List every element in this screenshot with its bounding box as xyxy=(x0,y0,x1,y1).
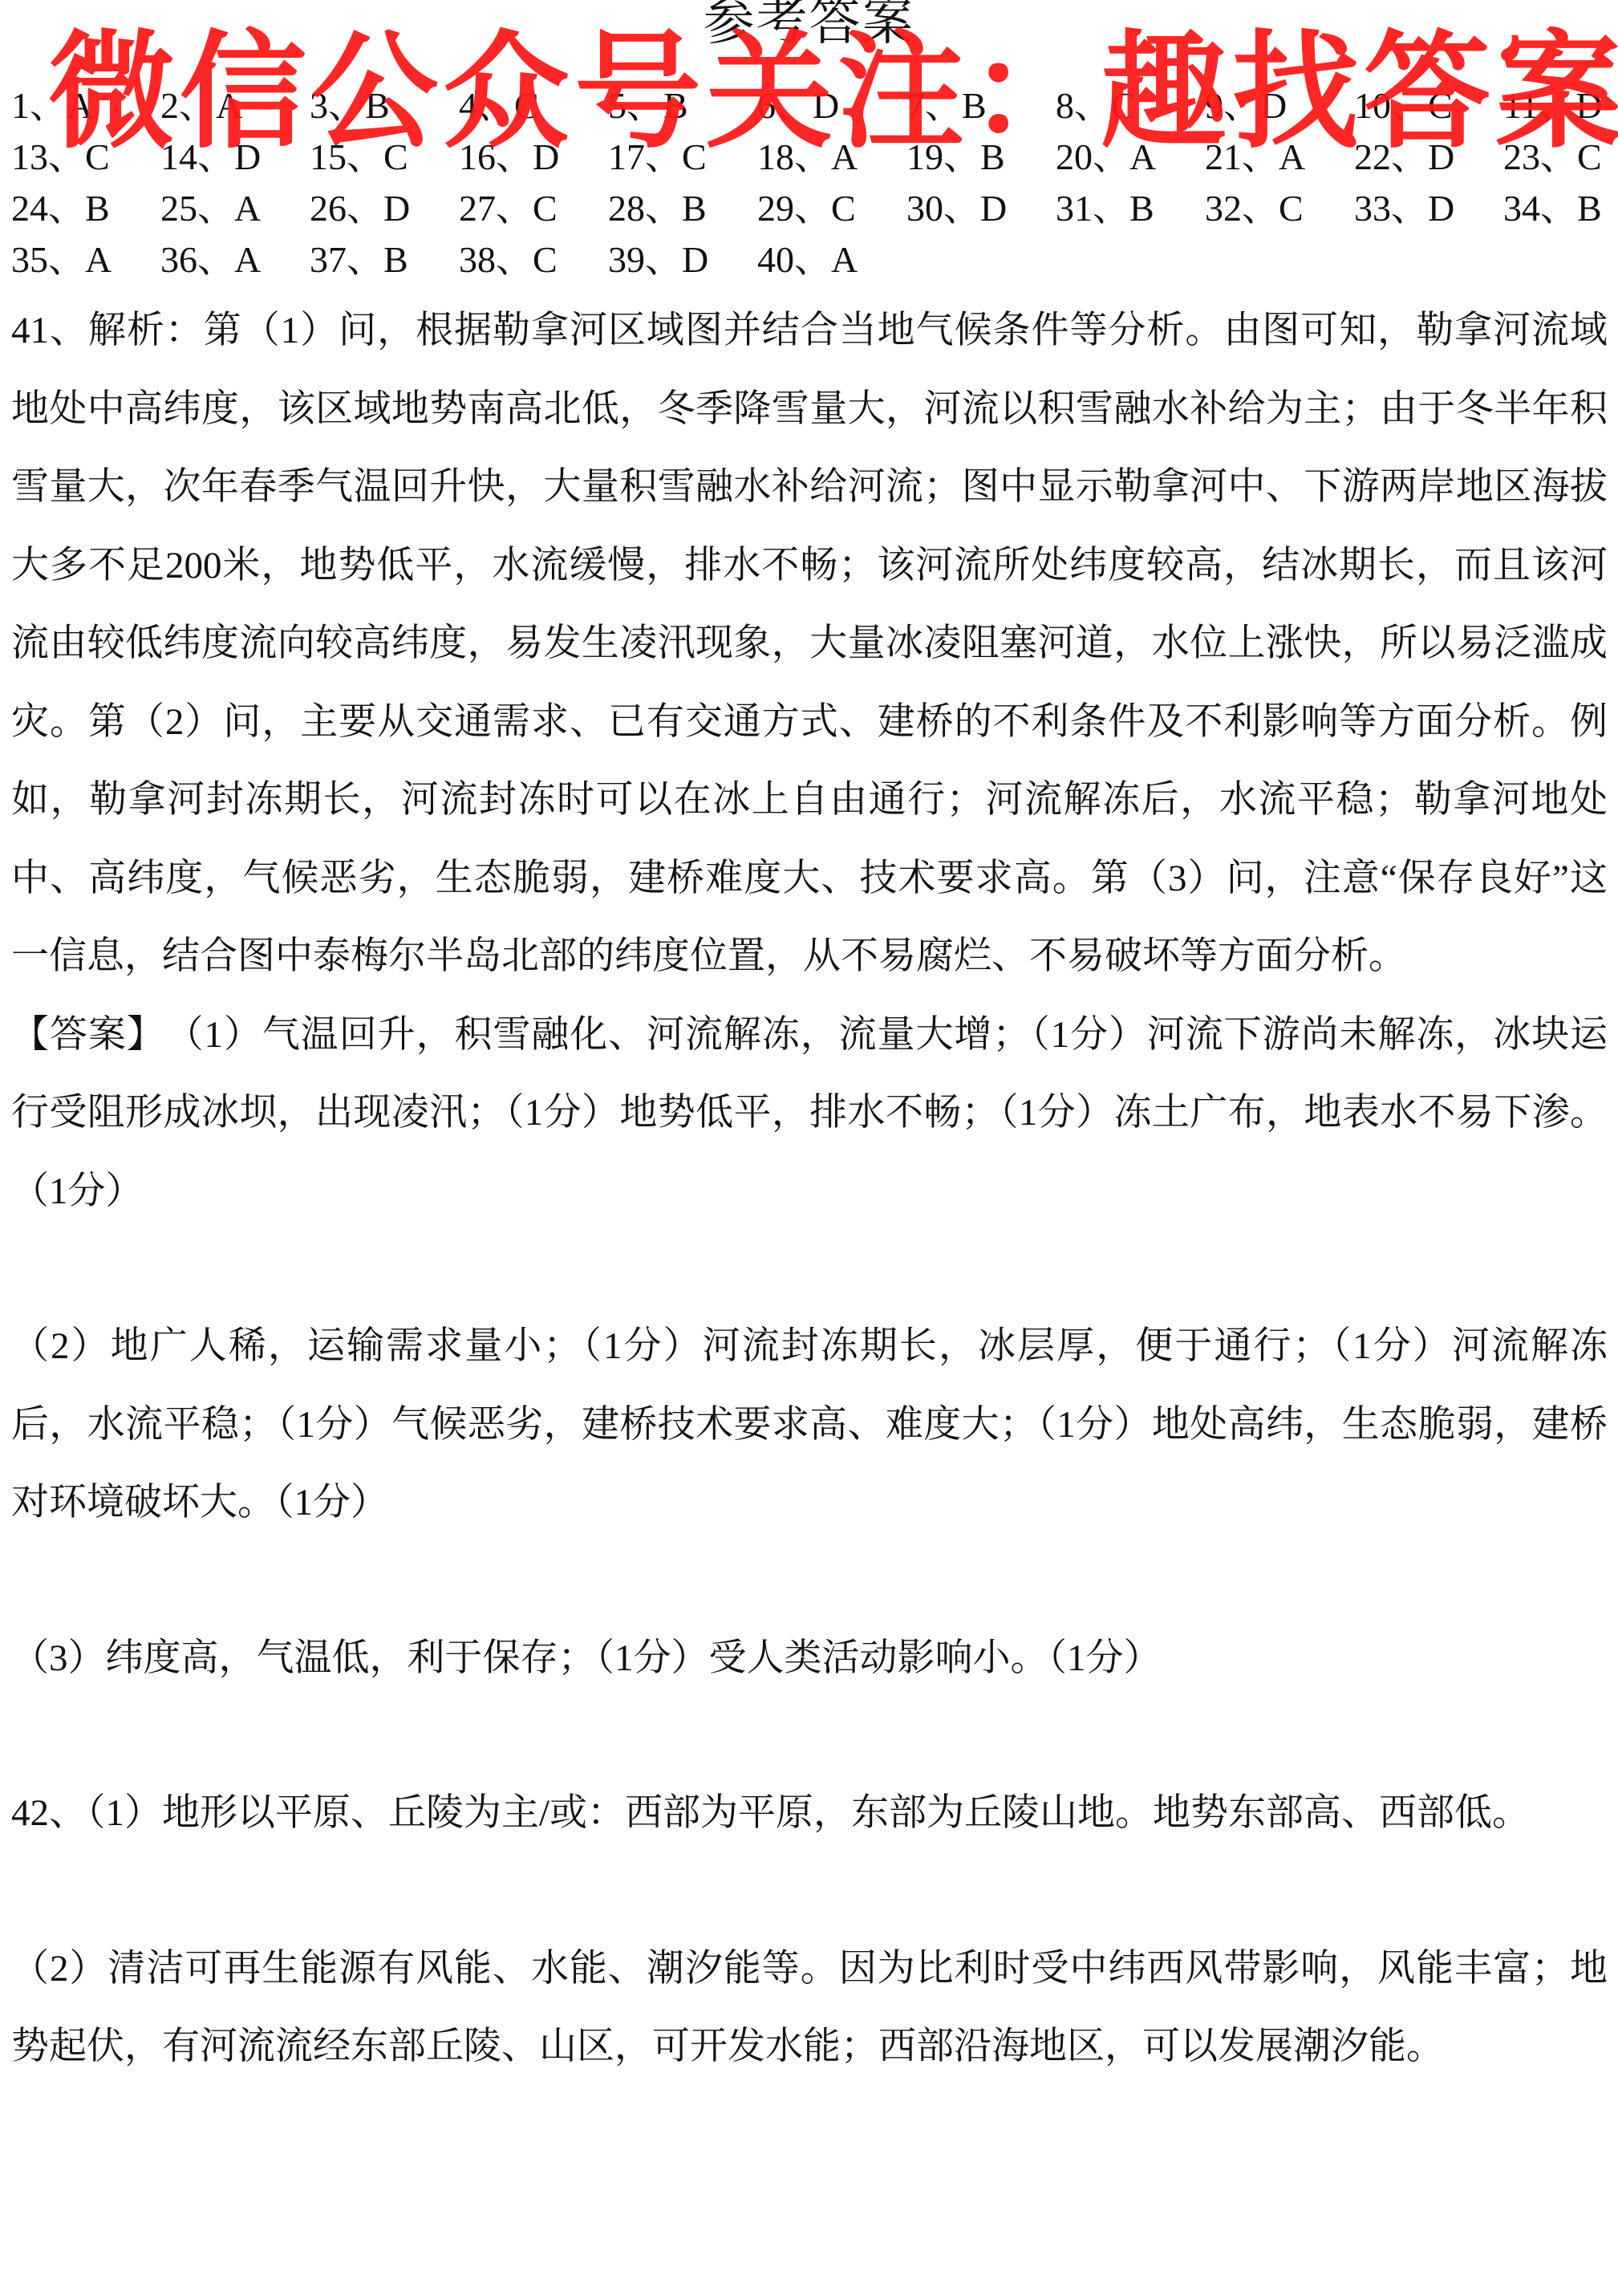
free-response-answers: 41、解析：第（1）问，根据勒拿河区域图并结合当地气候条件等分析。由图可知，勒拿… xyxy=(11,292,1608,2087)
spacer xyxy=(11,1853,1608,1930)
answer-item: 29、C xyxy=(757,183,906,234)
q41-answer-1-text: （1）气温回升，积雪融化、河流解冻，流量大增；（1分）河流下游尚未解冻，冰块运行… xyxy=(11,1014,1608,1212)
answer-item: 30、D xyxy=(906,183,1056,234)
answer-item: 35、A xyxy=(11,234,160,286)
q41-answer-1: 【答案】 （1）气温回升，积雪融化、河流解冻，流量大增；（1分）河流下游尚未解冻… xyxy=(11,996,1608,1231)
answer-item: 27、C xyxy=(459,183,608,234)
answer-item: 17、C xyxy=(608,132,757,183)
spacer xyxy=(11,1698,1608,1775)
answer-tag: 【答案】 xyxy=(11,1014,146,1056)
answer-item: 1、A xyxy=(11,80,160,132)
document-title: 参考答案 xyxy=(0,0,1618,55)
answer-item: 25、A xyxy=(160,183,310,234)
multiple-choice-answer-key: 1、A 2、A 3、B 4、C 5、B 6、D 7、B 8、C 9、D 10、C… xyxy=(11,80,1616,286)
answer-item: 13、C xyxy=(11,132,160,183)
answer-item: 15、C xyxy=(310,132,459,183)
answer-item: 11、D xyxy=(1503,80,1618,132)
answer-item: 8、C xyxy=(1056,80,1205,132)
answer-item: 39、D xyxy=(608,234,757,286)
answer-item: 14、D xyxy=(160,132,310,183)
q41-answer-2: （2）地广人稀，运输需求量小；（1分）河流封冻期长，冰层厚，便于通行；（1分）河… xyxy=(11,1308,1608,1543)
answer-item: 37、B xyxy=(310,234,459,286)
answer-row: 1、A 2、A 3、B 4、C 5、B 6、D 7、B 8、C 9、D 10、C… xyxy=(11,80,1616,132)
answer-item: 24、B xyxy=(11,183,160,234)
answer-item: 21、A xyxy=(1205,132,1354,183)
answer-item: 40、A xyxy=(757,234,906,286)
q41-analysis: 41、解析：第（1）问，根据勒拿河区域图并结合当地气候条件等分析。由图可知，勒拿… xyxy=(11,292,1608,996)
answer-item: 6、D xyxy=(757,80,906,132)
spacer xyxy=(11,1543,1608,1620)
answer-item: 20、A xyxy=(1056,132,1205,183)
q42-answer-2: （2）清洁可再生能源有风能、水能、潮汐能等。因为比利时受中纬西风带影响，风能丰富… xyxy=(11,1930,1608,2087)
answer-item: 38、C xyxy=(459,234,608,286)
spacer xyxy=(11,1231,1608,1308)
answer-item: 10、C xyxy=(1354,80,1503,132)
answer-item: 36、A xyxy=(160,234,310,286)
answer-row: 13、C 14、D 15、C 16、D 17、C 18、A 19、B 20、A … xyxy=(11,132,1616,183)
answer-item: 16、D xyxy=(459,132,608,183)
answer-item: 33、D xyxy=(1354,183,1503,234)
answer-item: 18、A xyxy=(757,132,906,183)
q42-answer-1: 42、（1）地形以平原、丘陵为主/或：西部为平原，东部为丘陵山地。地势东部高、西… xyxy=(11,1775,1608,1853)
answer-document-page: 参考答案 微信公众号关注：趣找答案 1、A 2、A 3、B 4、C 5、B 6、… xyxy=(0,0,1618,2296)
answer-item: 19、B xyxy=(906,132,1056,183)
answer-item: 5、B xyxy=(608,80,757,132)
q41-answer-3: （3）纬度高，气温低，利于保存；（1分）受人类活动影响小。（1分） xyxy=(11,1620,1608,1698)
answer-row: 24、B 25、A 26、D 27、C 28、B 29、C 30、D 31、B … xyxy=(11,183,1616,234)
answer-item: 22、D xyxy=(1354,132,1503,183)
answer-item: 32、C xyxy=(1205,183,1354,234)
answer-item: 9、D xyxy=(1205,80,1354,132)
answer-item: 3、B xyxy=(310,80,459,132)
answer-row: 35、A 36、A 37、B 38、C 39、D 40、A xyxy=(11,234,1616,286)
answer-item: 23、C xyxy=(1503,132,1618,183)
answer-item: 26、D xyxy=(310,183,459,234)
answer-item: 2、A xyxy=(160,80,310,132)
answer-item: 34、B xyxy=(1503,183,1618,234)
answer-item: 7、B xyxy=(906,80,1056,132)
answer-item: 4、C xyxy=(459,80,608,132)
answer-item: 28、B xyxy=(608,183,757,234)
answer-item: 31、B xyxy=(1056,183,1205,234)
